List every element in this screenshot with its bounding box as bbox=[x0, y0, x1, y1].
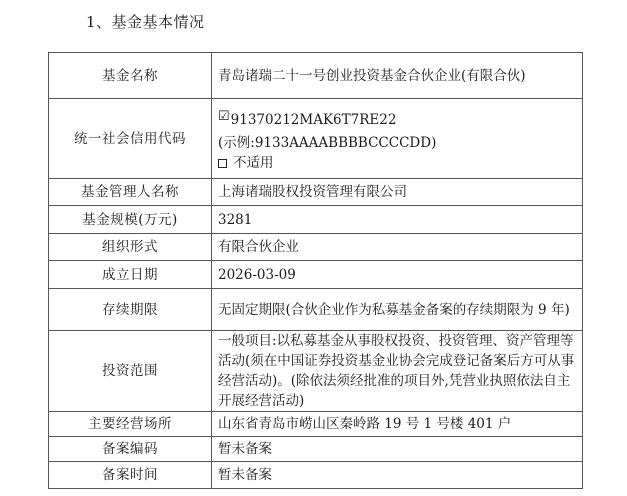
table-row: 组织形式 有限合伙企业 bbox=[49, 234, 583, 261]
row-label: 投资范围 bbox=[49, 331, 212, 412]
row-value: 3281 bbox=[212, 206, 583, 234]
row-label: 统一社会信用代码 bbox=[49, 99, 212, 179]
row-value: 上海诸瑞股权投资管理有限公司 bbox=[212, 179, 583, 206]
row-label: 存续期限 bbox=[49, 289, 212, 331]
row-label: 主要经营场所 bbox=[49, 412, 212, 437]
checkbox-checked-icon[interactable]: ☑ bbox=[218, 107, 230, 127]
section-heading: 1、基金基本情况 bbox=[86, 11, 205, 32]
row-label: 备案编码 bbox=[49, 437, 212, 462]
fund-info-table: 基金名称 青岛诸瑞二十一号创业投资基金合伙企业(有限合伙) 统一社会信用代码 ☑… bbox=[48, 52, 583, 489]
table-row: 存续期限 无固定期限(合伙企业作为私募基金备案的存续期限为 9 年) bbox=[49, 289, 583, 331]
checkbox-unchecked-icon[interactable] bbox=[218, 159, 227, 168]
row-label: 基金规模(万元) bbox=[49, 206, 212, 234]
row-value: 青岛诸瑞二十一号创业投资基金合伙企业(有限合伙) bbox=[212, 53, 583, 99]
row-label: 基金管理人名称 bbox=[49, 179, 212, 206]
row-value: 有限合伙企业 bbox=[212, 234, 583, 261]
row-value: 一般项目:以私募基金从事股权投资、投资管理、资产管理等活动(须在中国证券投资基金… bbox=[212, 331, 583, 412]
not-applicable-label: 不适用 bbox=[233, 155, 274, 171]
credit-code-value: 91370212MAK6T7RE22 bbox=[231, 112, 397, 128]
table-row: 投资范围 一般项目:以私募基金从事股权投资、投资管理、资产管理等活动(须在中国证… bbox=[49, 331, 583, 412]
row-value: 山东省青岛市崂山区秦岭路 19 号 1 号楼 401 户 bbox=[212, 412, 583, 437]
row-label: 备案时间 bbox=[49, 462, 212, 489]
table-row: 备案编码 暂未备案 bbox=[49, 437, 583, 462]
table-row: 基金名称 青岛诸瑞二十一号创业投资基金合伙企业(有限合伙) bbox=[49, 53, 583, 99]
row-label: 成立日期 bbox=[49, 261, 212, 289]
table-row: 基金规模(万元) 3281 bbox=[49, 206, 583, 234]
table-row: 备案时间 暂未备案 bbox=[49, 462, 583, 489]
row-value: 无固定期限(合伙企业作为私募基金备案的存续期限为 9 年) bbox=[212, 289, 583, 331]
credit-code-cell: ☑91370212MAK6T7RE22 (示例:9133AAAABBBBCCCC… bbox=[212, 99, 583, 179]
row-value: 2026-03-09 bbox=[212, 261, 583, 289]
row-label: 基金名称 bbox=[49, 53, 212, 99]
table-row: 基金管理人名称 上海诸瑞股权投资管理有限公司 bbox=[49, 179, 583, 206]
table-row: 成立日期 2026-03-09 bbox=[49, 261, 583, 289]
table-row: 统一社会信用代码 ☑91370212MAK6T7RE22 (示例:9133AAA… bbox=[49, 99, 583, 179]
table-row: 主要经营场所 山东省青岛市崂山区秦岭路 19 号 1 号楼 401 户 bbox=[49, 412, 583, 437]
example-text: (示例:9133AAAABBBBCCCCDD) bbox=[218, 133, 576, 153]
row-label: 组织形式 bbox=[49, 234, 212, 261]
row-value: 暂未备案 bbox=[212, 437, 583, 462]
row-value: 暂未备案 bbox=[212, 462, 583, 489]
